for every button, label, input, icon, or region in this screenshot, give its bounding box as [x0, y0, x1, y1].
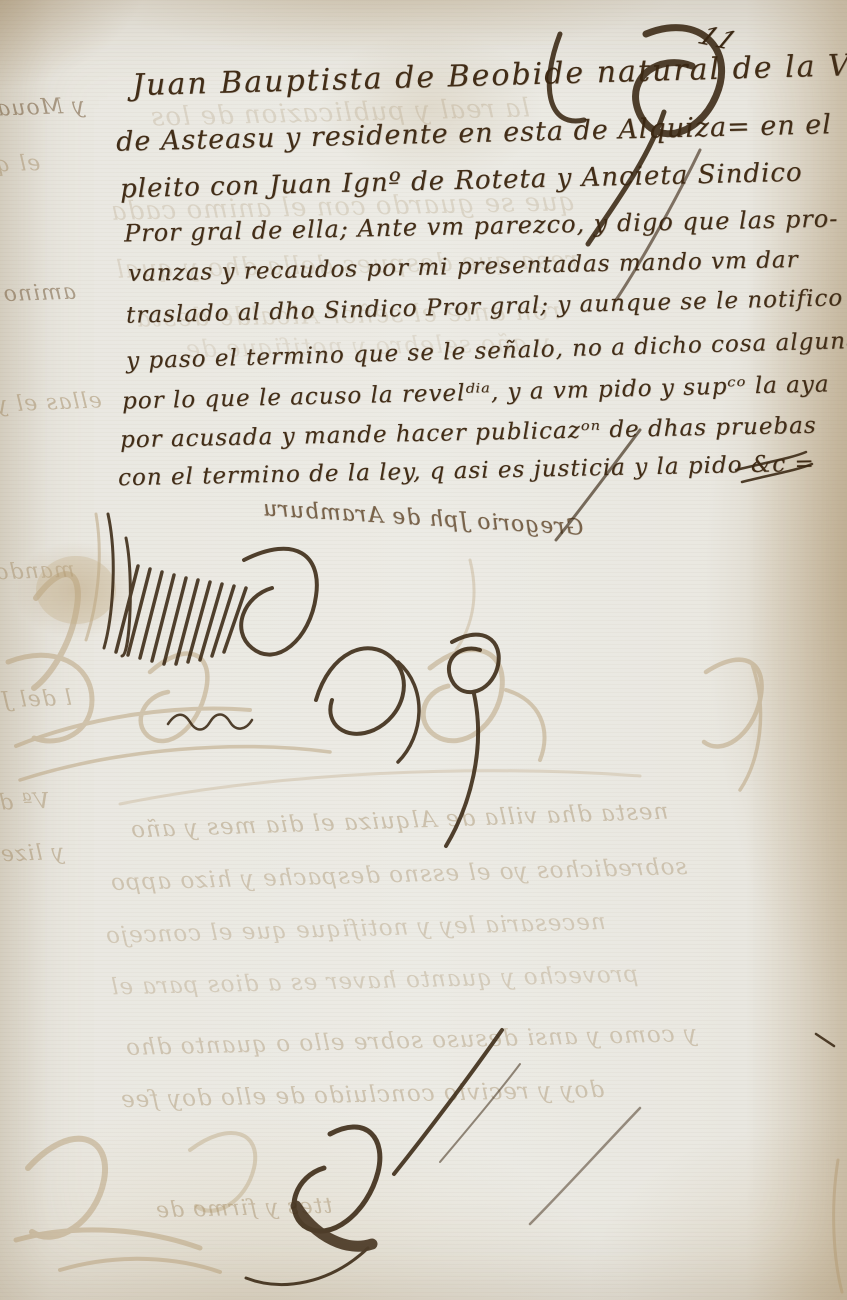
manuscript-page: la real y publicazion de los que se guar… — [0, 0, 847, 1300]
bleedthrough-signature: Gregorio Jph de Aramburu — [262, 496, 585, 541]
margin-bleedthrough-fragment: el qu — [0, 151, 41, 178]
bleedthrough-line: y como y ansi desuso sobre ello o quanto… — [125, 1021, 697, 1061]
ink-flourish — [8, 514, 842, 1292]
bleedthrough-line: sobredichos yo el essno despache y hizo … — [110, 854, 688, 896]
margin-bleedthrough-fragment: y lizenzia — [0, 840, 64, 869]
petition-line: con el termino de la ley, q asi es justi… — [118, 451, 815, 492]
bleedthrough-line: provecho y quanto haver es a dios para e… — [110, 962, 639, 1001]
margin-bleedthrough-fragment: ellas el y prue — [0, 388, 102, 420]
bleedthrough-line: nesta dha villa de Alquiza el dia mes y … — [130, 799, 669, 844]
petition-line: por lo que le acuso la revelᵈⁱᵃ, y a vm … — [122, 371, 830, 414]
bleedthrough-line: ttes y firmo de — [155, 1194, 333, 1224]
petition-line: por acusada y mande hacer publicazᵒⁿ de … — [120, 413, 817, 454]
bleedthrough-line: necesaria ley y notifique que el concejo — [105, 909, 606, 949]
bleedthrough-line: doy y recivio concluido de ello doy fee — [120, 1077, 605, 1113]
margin-bleedthrough-fragment: Vª de — [0, 789, 50, 816]
margin-bleedthrough-fragment: amino cada — [0, 280, 76, 310]
margin-bleedthrough-fragment: l del Juzga — [0, 686, 72, 715]
margin-bleedthrough-fragment: mando esta — [0, 558, 75, 588]
margin-bleedthrough-fragment: y Mouanzas — [0, 94, 85, 124]
